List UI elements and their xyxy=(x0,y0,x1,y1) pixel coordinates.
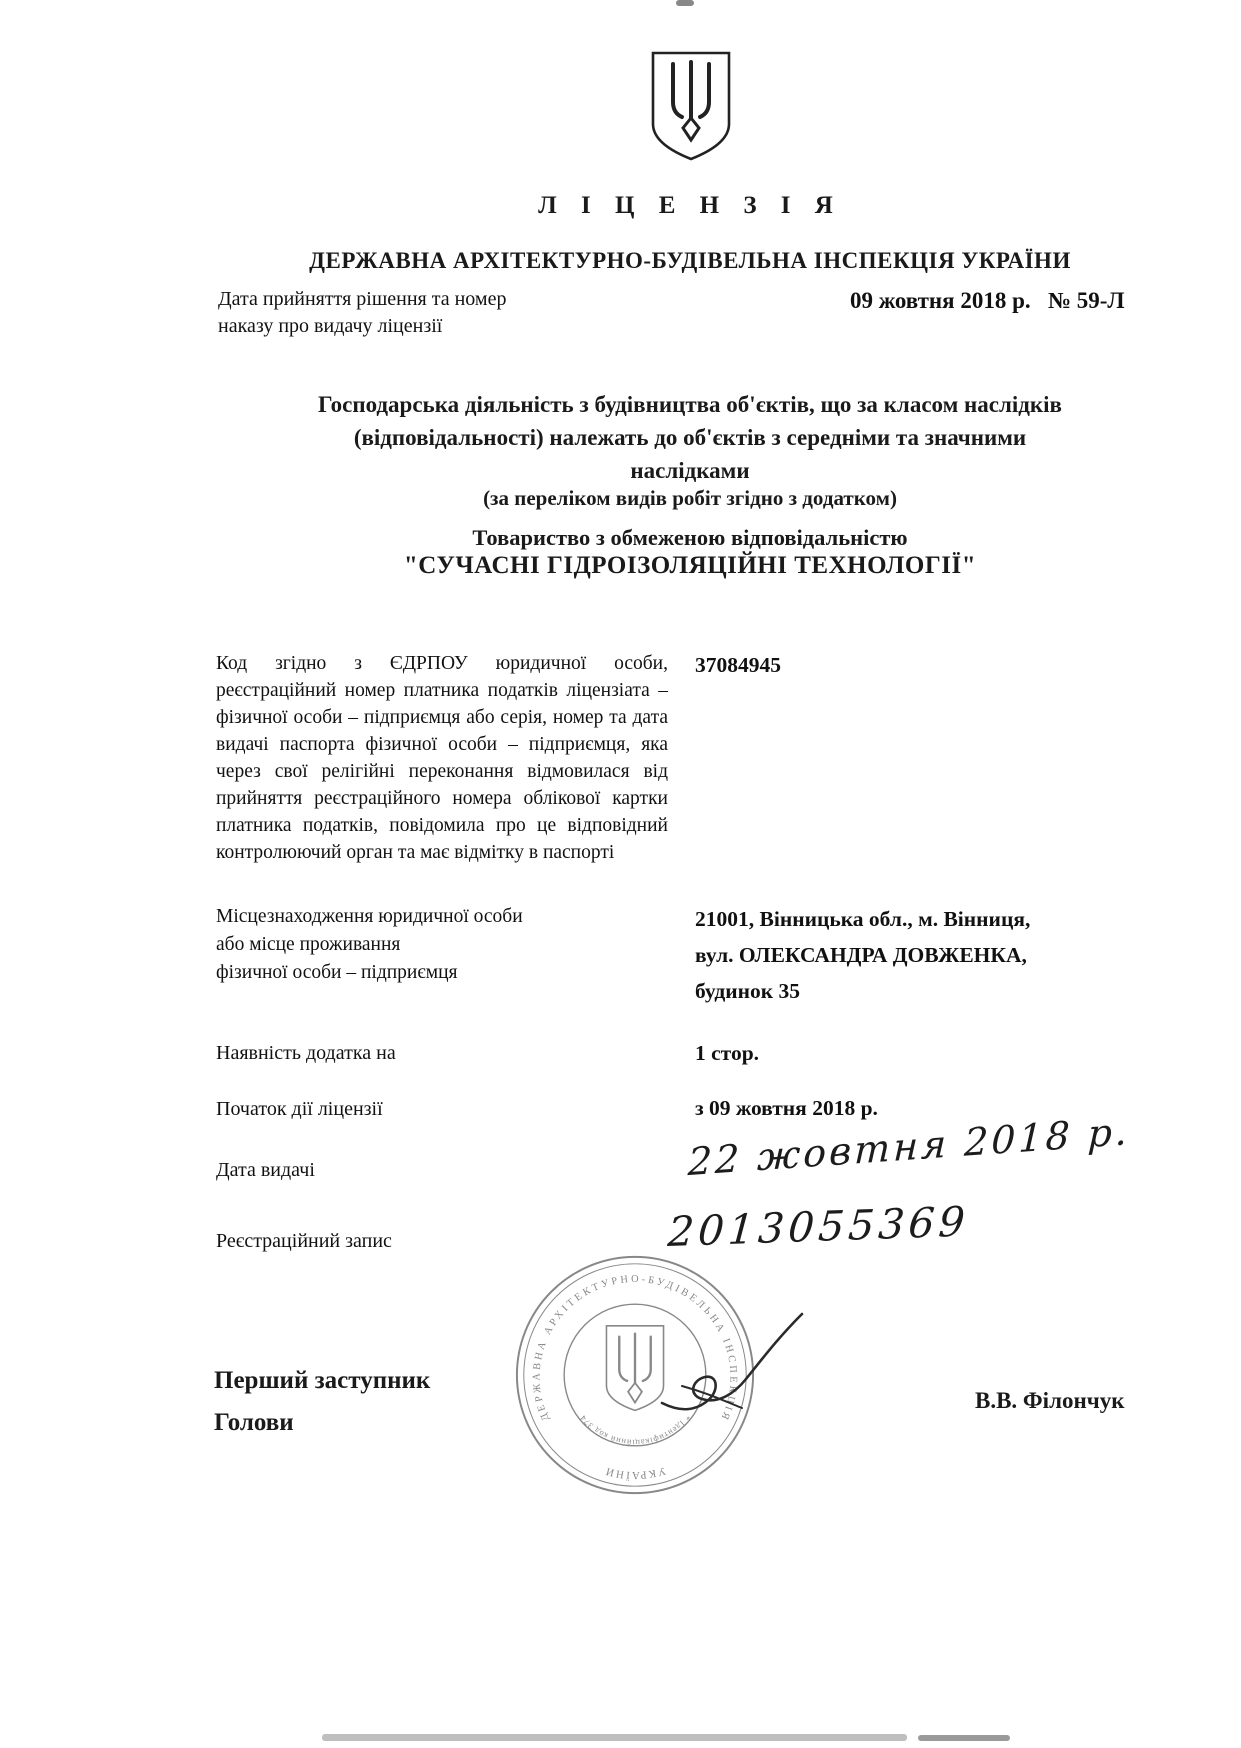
license-document-page: Л І Ц Е Н З І Я ДЕРЖАВНА АРХІТЕКТУРНО-БУ… xyxy=(0,0,1241,1748)
scan-artifact-top xyxy=(676,0,694,6)
issue-date-label: Дата видачі xyxy=(216,1157,315,1184)
registration-label: Реєстраційний запис xyxy=(216,1228,392,1255)
signatory-title: Перший заступник Голови xyxy=(214,1360,430,1444)
attachment-value: 1 стор. xyxy=(695,1041,759,1066)
signature-stroke xyxy=(652,1298,822,1428)
ukraine-coat-of-arms-icon xyxy=(650,50,732,162)
stamp-bottom-text: УКРАЇНИ xyxy=(603,1464,667,1481)
start-date-label: Початок дії ліцензії xyxy=(216,1096,383,1123)
authority-name: ДЕРЖАВНА АРХІТЕКТУРНО-БУДІВЕЛЬНА ІНСПЕКЦ… xyxy=(150,248,1230,274)
attachment-label: Наявність додатка на xyxy=(216,1040,396,1067)
scan-artifact-bottom-right xyxy=(918,1735,1010,1741)
location-value: 21001, Вінницька обл., м. Вінниця, вул. … xyxy=(695,901,1030,1009)
edrpou-value: 37084945 xyxy=(695,653,781,678)
location-label: Місцезнаходження юридичної особи або міс… xyxy=(216,903,523,987)
licensee-name: "СУЧАСНІ ГІДРОІЗОЛЯЦІЙНІ ТЕХНОЛОГІЇ" xyxy=(150,552,1230,580)
signatory-name: В.В. Філончук xyxy=(975,1388,1124,1414)
edrpou-label: Код згідно з ЄДРПОУ юридичної особи, реє… xyxy=(216,650,668,866)
activity-description: Господарська діяльність з будівництва об… xyxy=(150,388,1230,487)
start-date-value: з 09 жовтня 2018 р. xyxy=(695,1096,878,1121)
decision-date-label: Дата прийняття рішення та номер наказу п… xyxy=(218,286,638,340)
registration-handwritten: 2013055369 xyxy=(666,1197,970,1256)
trident-icon xyxy=(673,62,709,140)
license-title: Л І Ц Е Н З І Я xyxy=(150,192,1230,220)
activity-note: (за переліком видів робіт згідно з додат… xyxy=(150,486,1230,511)
licensee-type: Товариство з обмеженою відповідальністю xyxy=(150,525,1230,551)
decision-date-value: 09 жовтня 2018 р. № 59-Л xyxy=(850,288,1125,314)
scan-artifact-bottom xyxy=(322,1734,907,1741)
